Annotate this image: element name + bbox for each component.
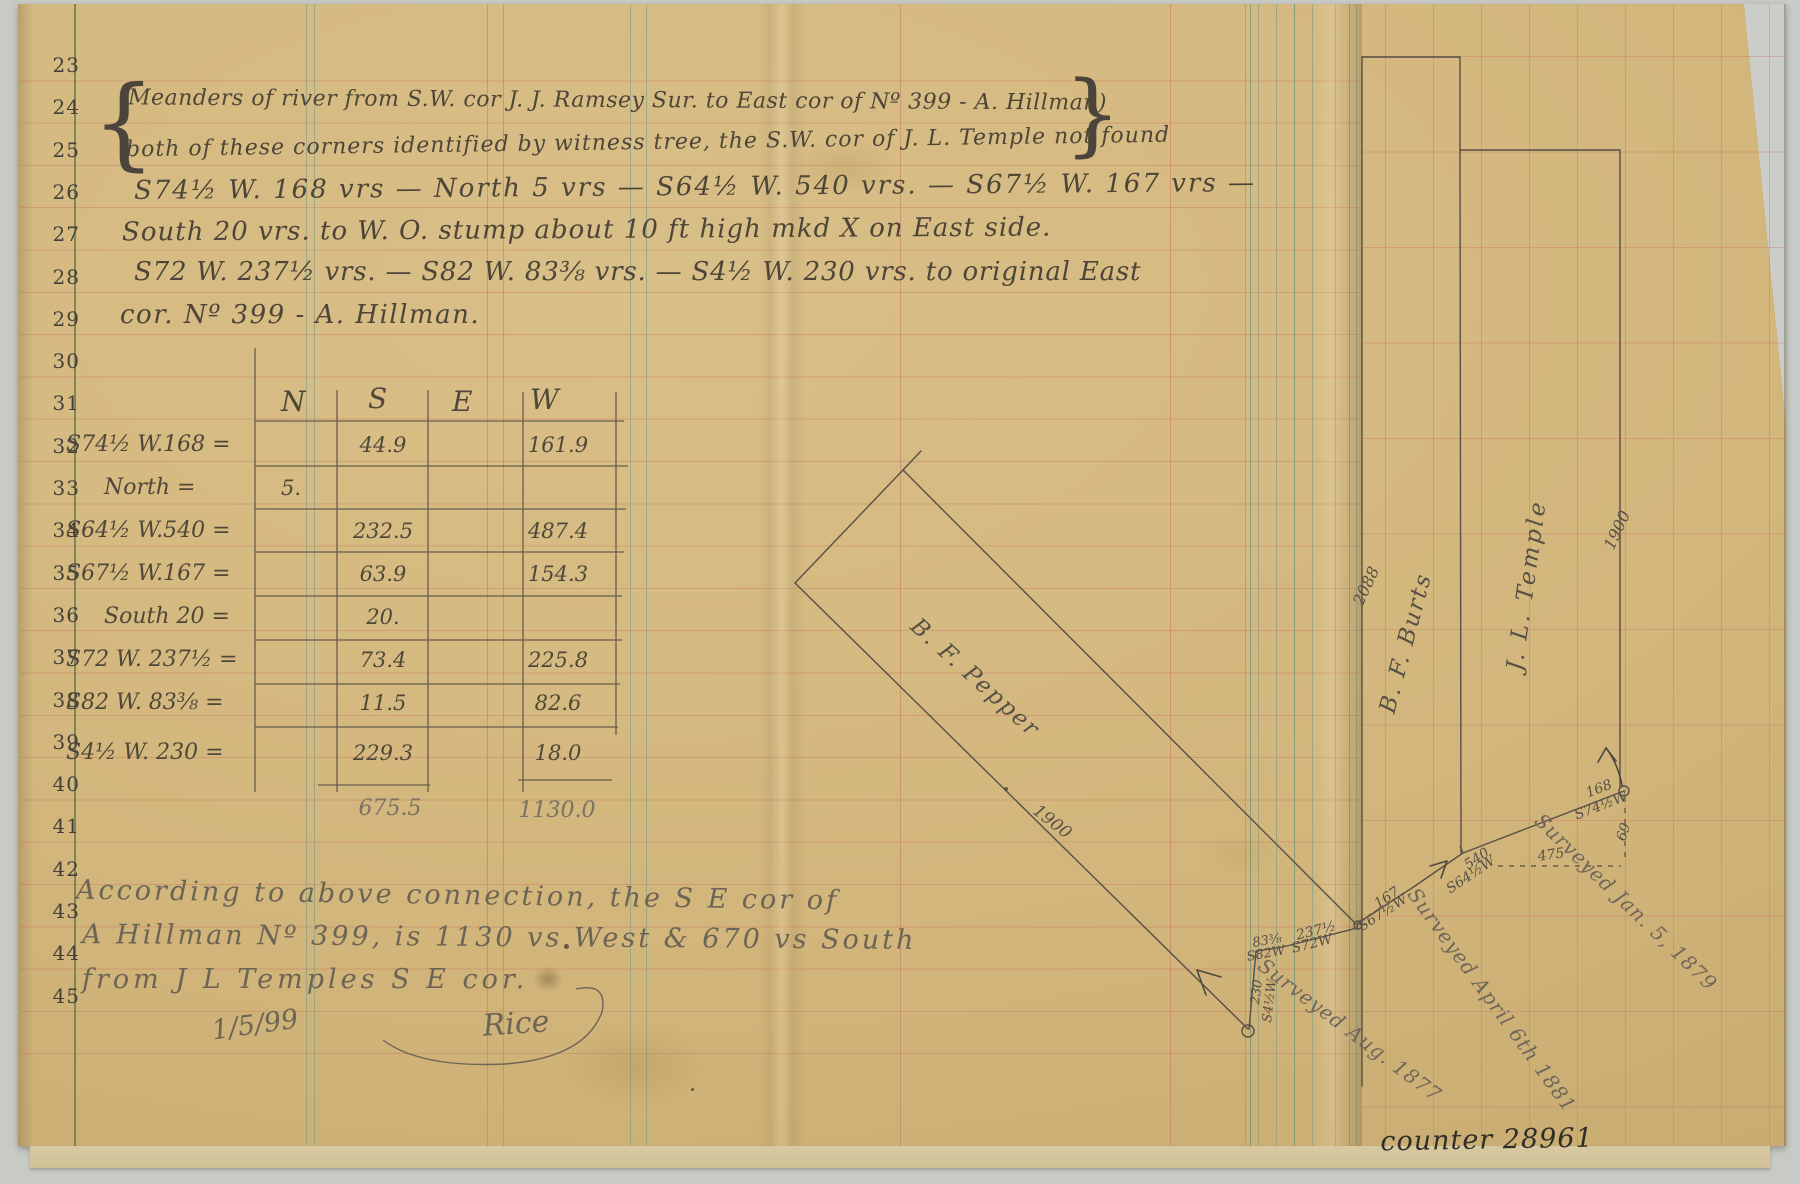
table-header-n: N bbox=[281, 385, 306, 418]
signature: Rice bbox=[481, 1004, 550, 1044]
left-brace: { bbox=[92, 64, 156, 181]
table-cell-w: 161.9 bbox=[513, 433, 603, 457]
table-row-label: S72 W. 237½ = bbox=[66, 647, 238, 672]
temple-west-line bbox=[1460, 150, 1461, 853]
table-row-label: S74½ W.168 = bbox=[66, 432, 231, 457]
table-cell-s: 229.3 bbox=[338, 741, 428, 765]
total-west: 1130.0 bbox=[512, 798, 602, 823]
note-line-27: South 20 vrs. to W. O. stump about 10 ft… bbox=[122, 213, 1052, 248]
pepper-northeast-line bbox=[903, 470, 1357, 925]
note-line-29: cor. Nº 399 - A. Hillman. bbox=[120, 300, 480, 330]
table-row-label: North = bbox=[104, 475, 195, 500]
note-line-24: Meanders of river from S.W. cor J. J. Ra… bbox=[128, 85, 1107, 115]
table-cell-w: 18.0 bbox=[513, 741, 603, 765]
scanned-ledger-page: 2324252627282930313233343536373839404142… bbox=[0, 0, 1800, 1184]
table-row-label: S67½ W.167 = bbox=[66, 561, 231, 586]
table-cell-w: 225.8 bbox=[513, 648, 603, 672]
note-line-28: S72 W. 237½ vrs. — S82 W. 83⅜ vrs. — S4½… bbox=[134, 257, 1141, 287]
table-row-label: S82 W. 83⅜ = bbox=[66, 690, 224, 715]
table-row-label: S4½ W. 230 = bbox=[66, 740, 224, 765]
total-south: 675.5 bbox=[345, 796, 435, 821]
table-header-w: W bbox=[530, 383, 559, 416]
table-cell-s: 73.4 bbox=[338, 648, 428, 672]
table-cell-s: 11.5 bbox=[338, 691, 428, 715]
table-row-label: South 20 = bbox=[104, 604, 230, 629]
pepper-southwest-line bbox=[795, 583, 1248, 1029]
note-line-43: A Hillman Nº 399, is 1130 vs West & 670 … bbox=[82, 919, 917, 956]
table-cell-s: 63.9 bbox=[338, 562, 428, 586]
table-cell-w: 82.6 bbox=[513, 691, 603, 715]
table-cell-w: 487.4 bbox=[513, 519, 603, 543]
burts-temple-boundary bbox=[1362, 57, 1620, 1086]
archive-counter-number: counter 28961 bbox=[1380, 1123, 1594, 1158]
table-header-s: S bbox=[368, 382, 387, 415]
table-cell-w: 154.3 bbox=[513, 562, 603, 586]
pepper-northwest-line bbox=[795, 451, 921, 583]
note-line-44: from J L Temples S E cor. bbox=[82, 964, 528, 995]
table-header-e: E bbox=[452, 385, 472, 418]
table-cell-n: 5. bbox=[246, 476, 336, 500]
table-cell-s: 20. bbox=[338, 605, 428, 629]
table-cell-s: 44.9 bbox=[338, 433, 428, 457]
hillman-east-corner-mark bbox=[1242, 1025, 1254, 1037]
plat-lines bbox=[795, 57, 1629, 1086]
table-row-label: S64½ W.540 = bbox=[66, 518, 231, 543]
table-cell-s: 232.5 bbox=[338, 519, 428, 543]
